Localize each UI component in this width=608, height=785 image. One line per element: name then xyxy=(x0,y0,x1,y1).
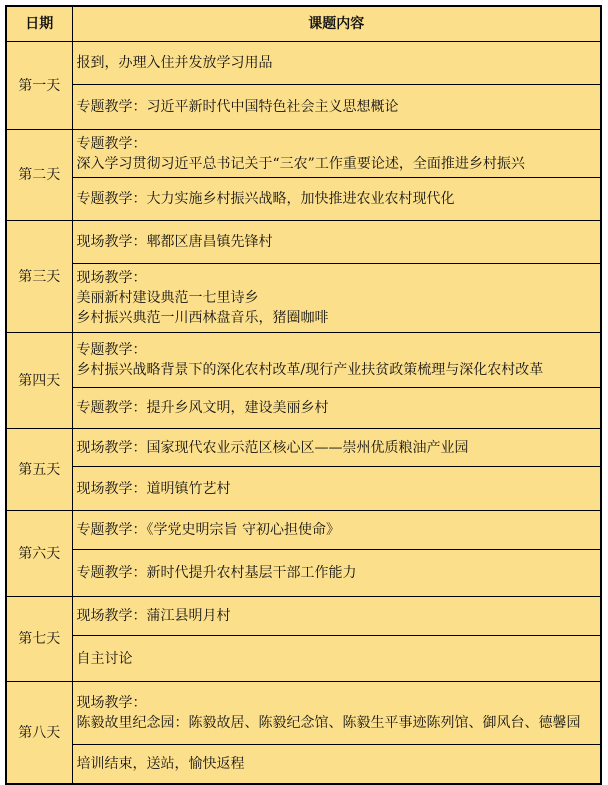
table-row: 第一天 报到，办理入住并发放学习用品 xyxy=(6,42,601,85)
course-content-cell: 专题教学：习近平新时代中国特色社会主义思想概论 xyxy=(72,85,601,130)
day-label: 第一天 xyxy=(6,42,72,130)
table-row: 第二天 专题教学： 深入学习贯彻习近平总书记关于“三农”工作重要论述，全面推进乡… xyxy=(6,130,601,178)
table-row: 第八天 现场教学： 陈毅故里纪念园：陈毅故居、陈毅纪念馆、陈毅生平事迹陈列馆、御… xyxy=(6,682,601,745)
day-label: 第六天 xyxy=(6,511,72,597)
course-content-cell: 现场教学：蒲江县明月村 xyxy=(72,597,601,636)
day-label: 第五天 xyxy=(6,429,72,511)
training-schedule-table: 日期 课题内容 第一天 报到，办理入住并发放学习用品 专题教学：习近平新时代中国… xyxy=(5,5,602,785)
table-row: 第三天 现场教学：郫都区唐昌镇先锋村 xyxy=(6,221,601,264)
table-row: 第四天 专题教学： 乡村振兴战略背景下的深化农村改革/现行产业扶贫政策梳理与深化… xyxy=(6,333,601,388)
course-content-cell: 专题教学：提升乡风文明，建设美丽乡村 xyxy=(72,388,601,429)
table-row: 专题教学：新时代提升农村基层干部工作能力 xyxy=(6,550,601,597)
table-row: 第七天 现场教学：蒲江县明月村 xyxy=(6,597,601,636)
day-label: 第七天 xyxy=(6,597,72,682)
table-row: 现场教学： 美丽新村建设典范一七里诗乡 乡村振兴典范一川西林盘音乐，猪圈咖啡 xyxy=(6,264,601,333)
course-content-cell: 现场教学：国家现代农业示范区核心区——崇州优质粮油产业园 xyxy=(72,429,601,467)
course-content-cell: 现场教学：道明镇竹艺村 xyxy=(72,467,601,511)
table-row: 第五天 现场教学：国家现代农业示范区核心区——崇州优质粮油产业园 xyxy=(6,429,601,467)
course-content-cell: 自主讨论 xyxy=(72,636,601,682)
course-content-cell: 专题教学：大力实施乡村振兴战略，加快推进农业农村现代化 xyxy=(72,178,601,221)
course-content-cell: 培训结束，送站，愉快返程 xyxy=(72,745,601,785)
table-row: 自主讨论 xyxy=(6,636,601,682)
course-content-cell: 专题教学： 深入学习贯彻习近平总书记关于“三农”工作重要论述，全面推进乡村振兴 xyxy=(72,130,601,178)
column-header-content: 课题内容 xyxy=(72,6,601,42)
table-row: 培训结束，送站，愉快返程 xyxy=(6,745,601,785)
course-content-cell: 专题教学：新时代提升农村基层干部工作能力 xyxy=(72,550,601,597)
course-content-cell: 现场教学： 美丽新村建设典范一七里诗乡 乡村振兴典范一川西林盘音乐，猪圈咖啡 xyxy=(72,264,601,333)
day-label: 第三天 xyxy=(6,221,72,333)
table-row: 专题教学：习近平新时代中国特色社会主义思想概论 xyxy=(6,85,601,130)
course-content-cell: 专题教学：《学党史明宗旨 守初心担使命》 xyxy=(72,511,601,550)
day-label: 第四天 xyxy=(6,333,72,429)
table-row: 现场教学：道明镇竹艺村 xyxy=(6,467,601,511)
column-header-date: 日期 xyxy=(6,6,72,42)
day-label: 第八天 xyxy=(6,682,72,785)
table-row: 专题教学：提升乡风文明，建设美丽乡村 xyxy=(6,388,601,429)
course-content-cell: 报到，办理入住并发放学习用品 xyxy=(72,42,601,85)
page-container: 日期 课题内容 第一天 报到，办理入住并发放学习用品 专题教学：习近平新时代中国… xyxy=(0,0,608,785)
course-content-cell: 现场教学： 陈毅故里纪念园：陈毅故居、陈毅纪念馆、陈毅生平事迹陈列馆、御风台、德… xyxy=(72,682,601,745)
header-row: 日期 课题内容 xyxy=(6,6,601,42)
table-row: 第六天 专题教学：《学党史明宗旨 守初心担使命》 xyxy=(6,511,601,550)
course-content-cell: 现场教学：郫都区唐昌镇先锋村 xyxy=(72,221,601,264)
day-label: 第二天 xyxy=(6,130,72,221)
course-content-cell: 专题教学： 乡村振兴战略背景下的深化农村改革/现行产业扶贫政策梳理与深化农村改革 xyxy=(72,333,601,388)
table-row: 专题教学：大力实施乡村振兴战略，加快推进农业农村现代化 xyxy=(6,178,601,221)
